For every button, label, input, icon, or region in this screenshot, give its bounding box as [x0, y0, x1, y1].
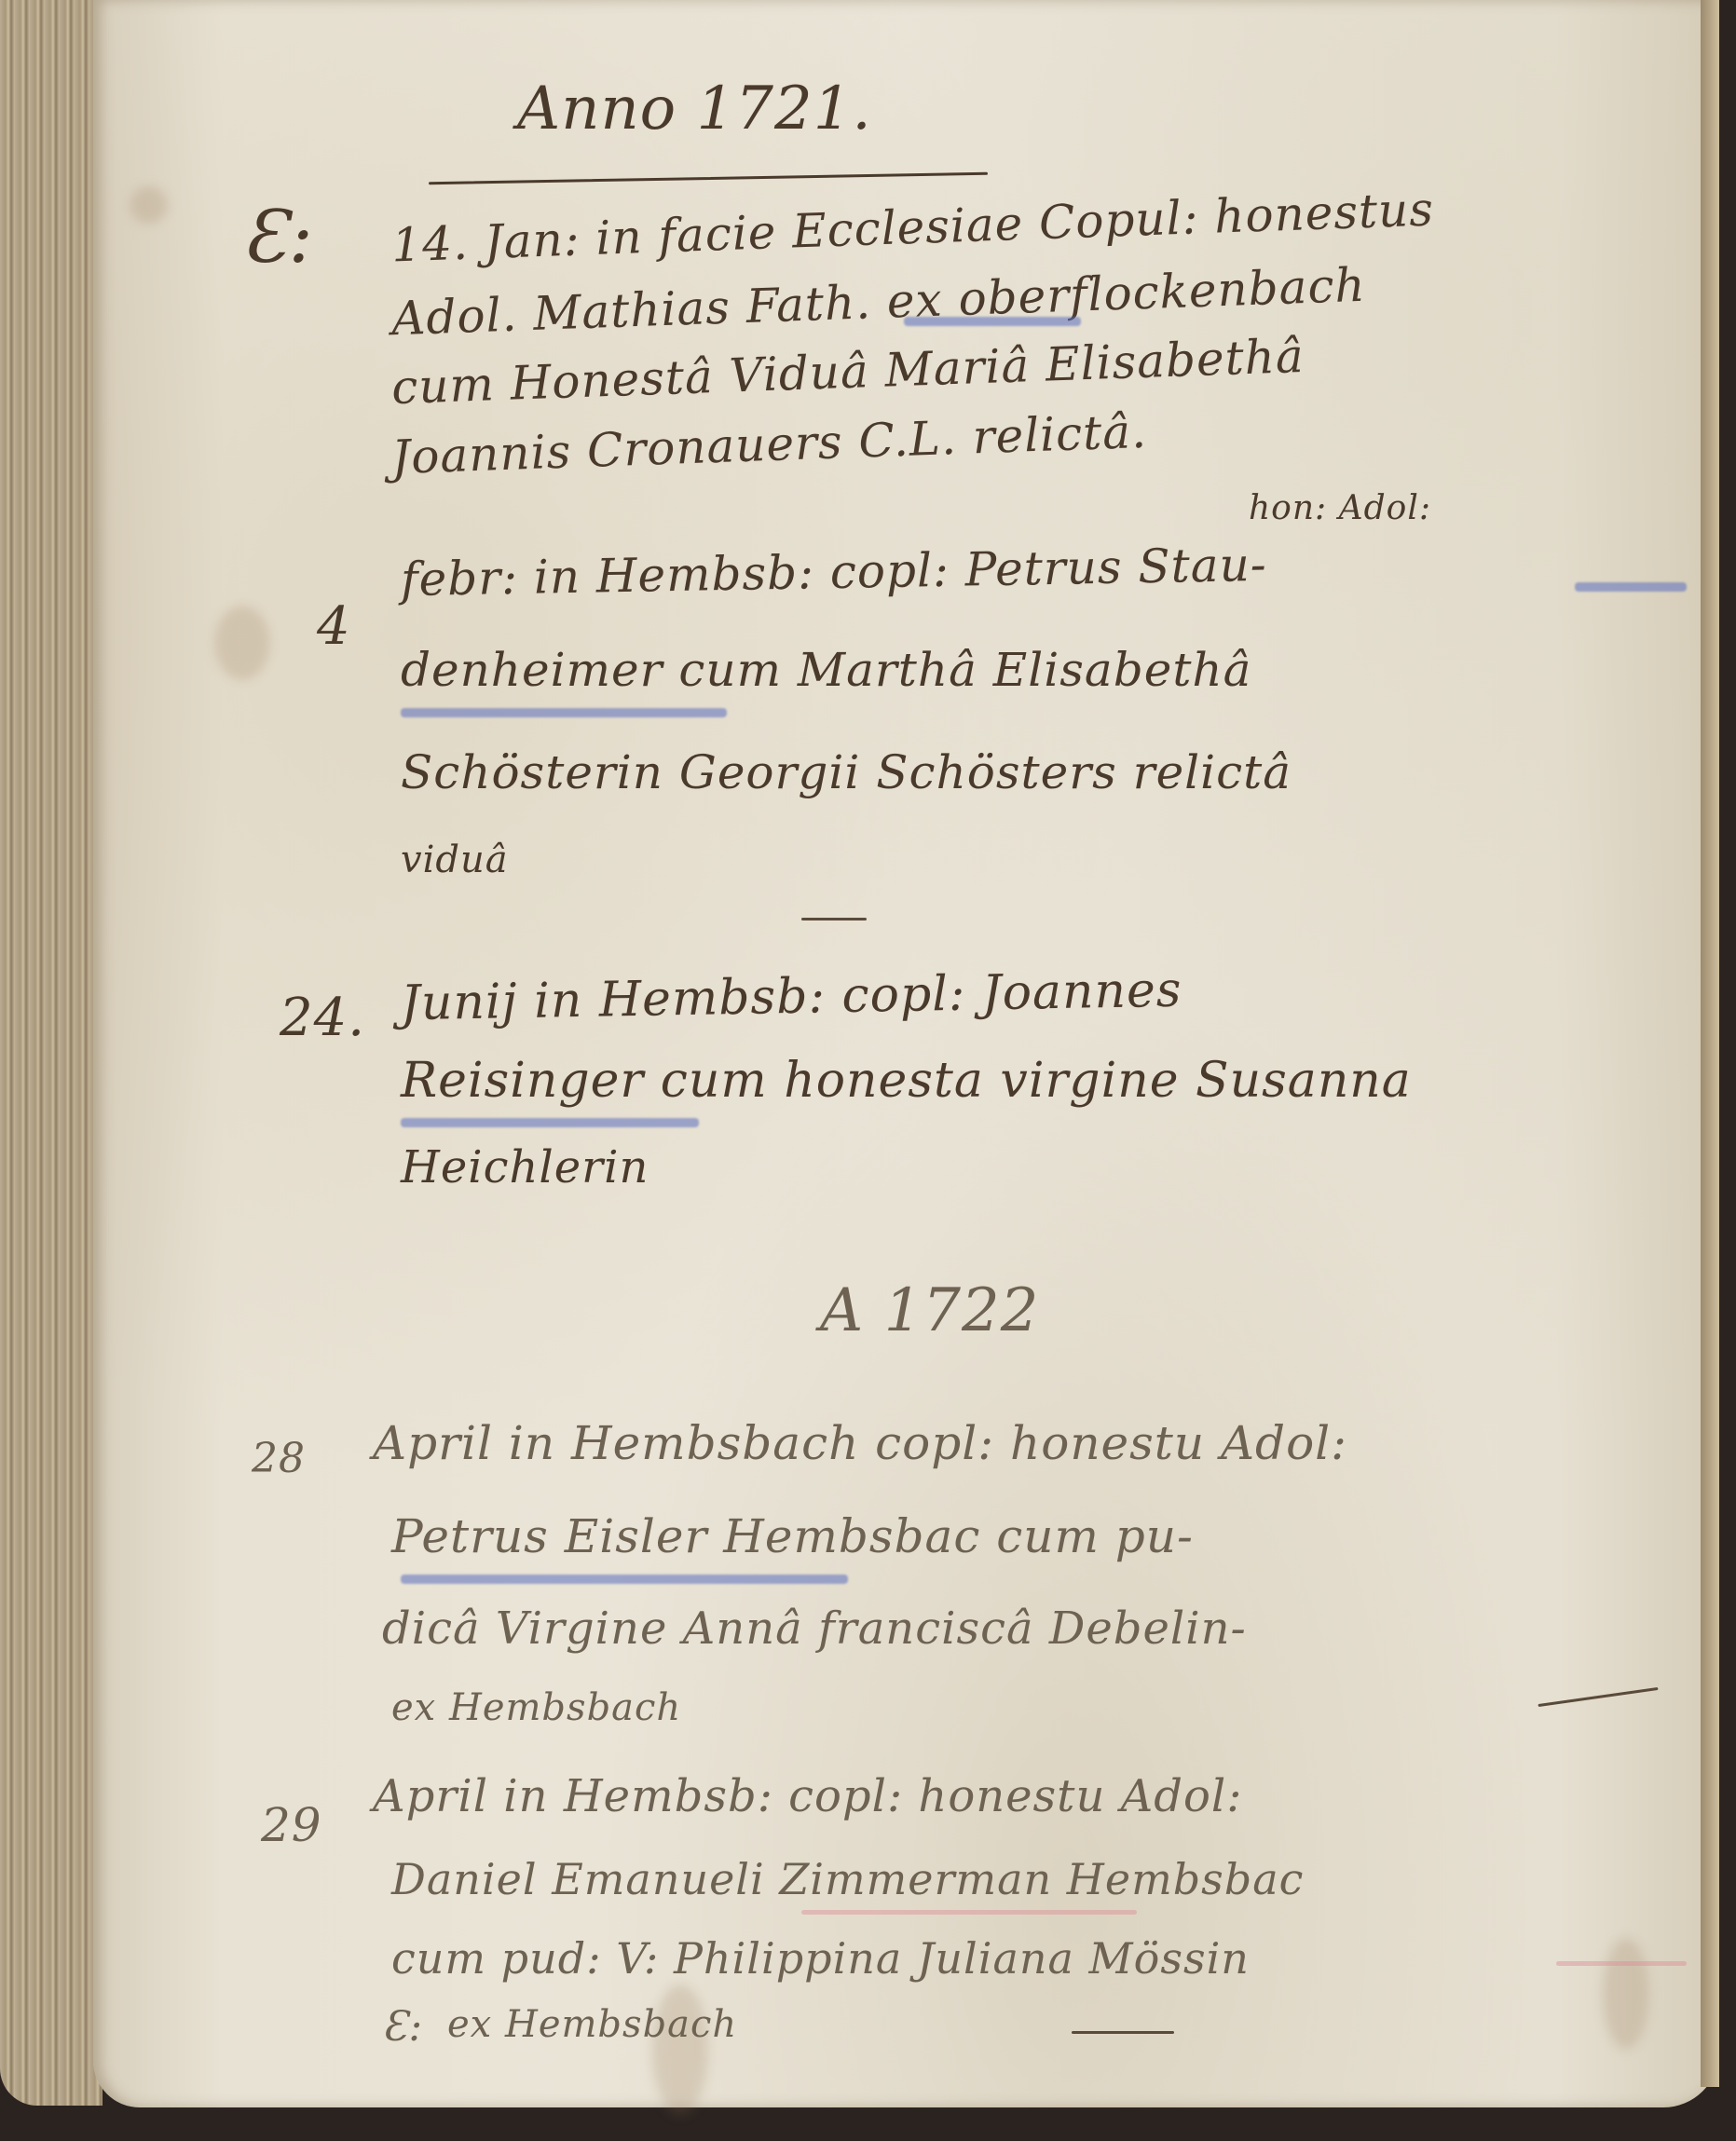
stain [130, 186, 168, 224]
pink-underline [801, 1910, 1137, 1915]
pink-underline [1556, 1961, 1687, 1966]
entry-line: cum Honestâ Viduâ Mariâ Elisabethâ [390, 329, 1305, 415]
surname-underline [401, 708, 727, 717]
surname-underline [1575, 582, 1687, 592]
separator-dash [1538, 1687, 1658, 1707]
entry-line: cum pud: V: Philippina Juliana Mössin [391, 1933, 1250, 1984]
separator-dash [801, 918, 867, 920]
entry-line: 14. Jan: in facie Ecclesiae Copul: hones… [390, 182, 1434, 272]
superscript-annotation: hon: Adol: [1249, 489, 1431, 527]
year-heading-1722: A 1722 [820, 1276, 1039, 1345]
entry-line: Reisinger cum honesta virgine Susanna [401, 1053, 1412, 1109]
entry-line: Schösterin Georgii Schösters relictâ [401, 745, 1292, 799]
entry-date: 4 [317, 596, 351, 657]
entry-line: viduâ [401, 839, 509, 881]
entry-line: denheimer cum Marthâ Elisabethâ [401, 643, 1251, 697]
entry-line: Joannis Cronauers C.L. relictâ. [390, 404, 1148, 484]
entry-line: Heichlerin [401, 1141, 649, 1193]
entry-line: Daniel Emanueli Zimmerman Hembsbac [391, 1854, 1304, 1904]
entry-line: April in Hembsbach copl: honestu Adol: [373, 1416, 1347, 1470]
entry-date: 29 [261, 1798, 322, 1852]
surname-underline [904, 317, 1081, 326]
heading-rule [429, 172, 988, 184]
entry-line: April in Hembsb: copl: honestu Adol: [373, 1770, 1242, 1822]
entry-line: Petrus Eisler Hembsbac cum pu- [391, 1509, 1194, 1563]
page-edges-left [0, 0, 103, 2106]
book-spread: Anno 1721. Ɛ: 14. Jan: in facie Ecclesia… [0, 0, 1736, 2141]
entry-line: Junij in Hembsb: copl: Joannes [401, 962, 1182, 1032]
separator-dash [1072, 2031, 1174, 2034]
surname-underline [401, 1575, 848, 1584]
entry-date: 24. [280, 988, 365, 1048]
entry-date: 28 [252, 1435, 306, 1482]
margin-mark: Ɛ: [382, 2003, 423, 2051]
year-heading-1721: Anno 1721. [517, 75, 872, 143]
entry-line: dicâ Virgine Annâ franciscâ Debelin- [382, 1602, 1247, 1655]
manuscript-page: Anno 1721. Ɛ: 14. Jan: in facie Ecclesia… [93, 0, 1719, 2107]
entry-line: febr: in Hembsb: copl: Petrus Stau- [401, 538, 1268, 607]
entry-line: ex Hembsbach [447, 2003, 737, 2046]
entry-line: ex Hembsbach [391, 1686, 681, 1729]
stain [1603, 1938, 1649, 2050]
stain [214, 606, 270, 680]
margin-mark: Ɛ: [242, 196, 314, 280]
surname-underline [401, 1118, 699, 1127]
page-edge-right [1701, 0, 1719, 2087]
